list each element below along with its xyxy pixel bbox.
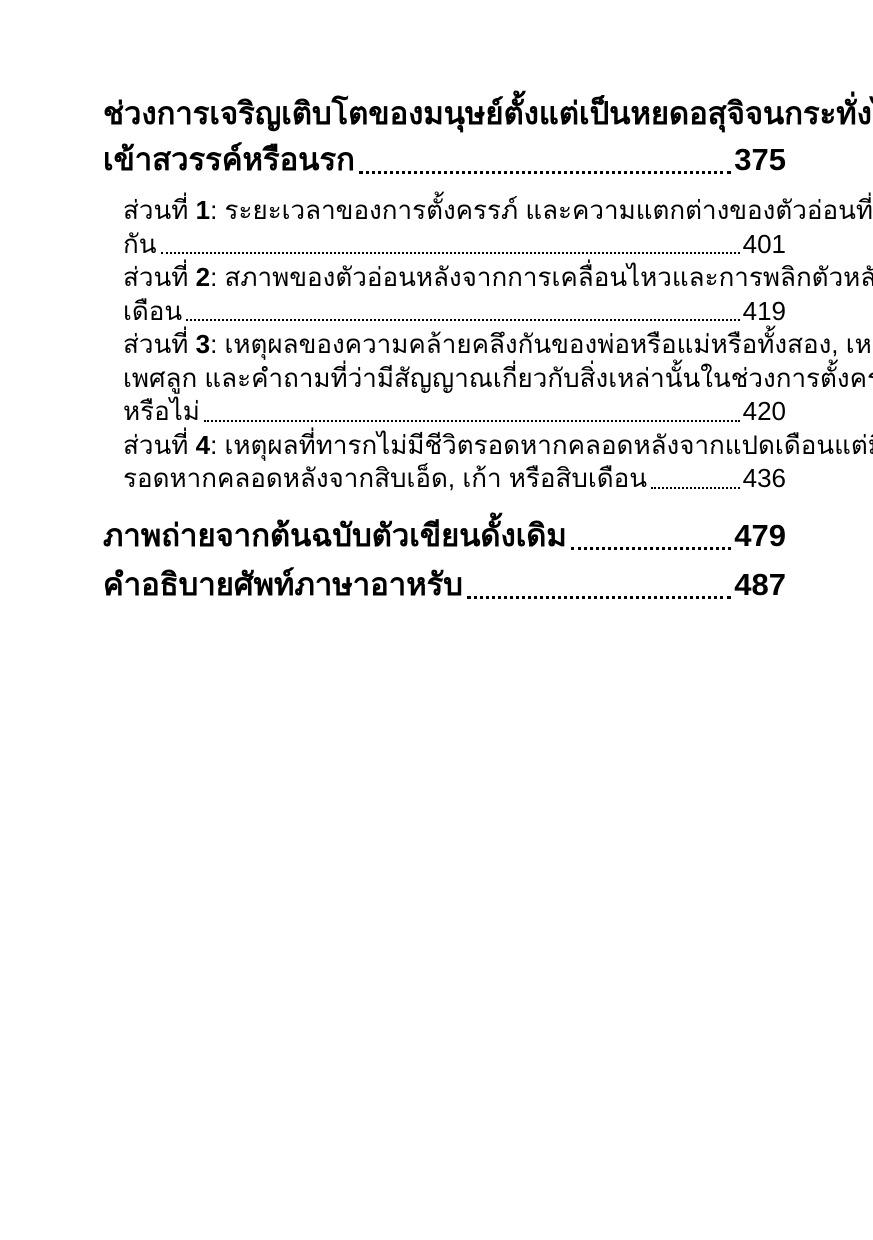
toc-entry-line: ภาพถ่ายจากต้นฉบับตัวเขียนดั้งเดิม479 <box>103 513 786 559</box>
text-segment: เพศลูก และคำถามที่ว่ามีสัญญาณเกี่ยวกับสิ… <box>123 363 873 393</box>
page-number: 436 <box>743 462 786 496</box>
text-segment: รอดหากคลอดหลังจากสิบเอ็ด, เก้า หรือสิบเด… <box>123 463 647 493</box>
toc-entry-text: เพศลูก และคำถามที่ว่ามีสัญญาณเกี่ยวกับสิ… <box>123 363 873 393</box>
text-segment: : สภาพของตัวอ่อนหลังจากการเคลื่อนไหวและก… <box>210 262 873 292</box>
toc-entry-text: ส่วนที่ 1: ระยะเวลาของการตั้งครรภ์ และคว… <box>123 195 873 225</box>
page-number: 487 <box>734 562 786 608</box>
text-segment: เดือน <box>123 296 182 326</box>
toc-entry-text: ส่วนที่ 3: เหตุผลของความคล้ายคลึงกันของพ… <box>123 329 873 359</box>
toc-entry-line: เพศลูก และคำถามที่ว่ามีสัญญาณเกี่ยวกับสิ… <box>123 362 786 396</box>
section-number: 3 <box>196 329 210 359</box>
page-number: 479 <box>734 513 786 559</box>
text-segment: ช่วงการเจริญเติบโตของมนุษย์ตั้งแต่เป็นหย… <box>103 96 873 131</box>
toc-entry-text: ส่วนที่ 2: สภาพของตัวอ่อนหลังจากการเคลื่… <box>123 262 873 292</box>
page-number: 419 <box>743 295 786 329</box>
toc-entry: ส่วนที่ 3: เหตุผลของความคล้ายคลึงกันของพ… <box>123 328 786 429</box>
text-segment: หรือไม่ <box>123 396 200 426</box>
text-segment: เข้าสวรรค์หรือนรก <box>103 142 355 177</box>
dot-leader <box>467 596 731 599</box>
text-segment: : ระยะเวลาของการตั้งครรภ์ และความแตกต่าง… <box>210 195 873 225</box>
text-segment: : เหตุผลของความคล้ายคลึงกันของพ่อหรือแม่… <box>210 329 873 359</box>
page-number: 401 <box>743 228 786 262</box>
section-number: 1 <box>196 195 210 225</box>
toc-entry-text: ช่วงการเจริญเติบโตของมนุษย์ตั้งแต่เป็นหย… <box>103 96 873 131</box>
dot-leader <box>204 420 740 422</box>
toc-entry: ส่วนที่ 2: สภาพของตัวอ่อนหลังจากการเคลื่… <box>123 261 786 328</box>
text-segment: ส่วนที่ <box>123 430 196 460</box>
toc-entry-text: ส่วนที่ 4: เหตุผลที่ทารกไม่มีชีวิตรอดหาก… <box>123 430 873 460</box>
text-segment: ส่วนที่ <box>123 329 196 359</box>
text-segment: : เหตุผลที่ทารกไม่มีชีวิตรอดหากคลอดหลังจ… <box>210 430 873 460</box>
table-of-contents: ช่วงการเจริญเติบโตของมนุษย์ตั้งแต่เป็นหย… <box>0 0 873 608</box>
document-page: ช่วงการเจริญเติบโตของมนุษย์ตั้งแต่เป็นหย… <box>0 0 873 1240</box>
toc-entry-text: เข้าสวรรค์หรือนรก <box>103 137 355 183</box>
toc-entry-line: หรือไม่420 <box>123 395 786 429</box>
toc-entry-line: ส่วนที่ 4: เหตุผลที่ทารกไม่มีชีวิตรอดหาก… <box>123 429 786 463</box>
toc-entry-line: ส่วนที่ 1: ระยะเวลาของการตั้งครรภ์ และคว… <box>123 194 786 228</box>
toc-entry-text: เดือน <box>123 295 182 329</box>
toc-entry-text: หรือไม่ <box>123 395 200 429</box>
toc-entry-text: คำอธิบายศัพท์ภาษาอาหรับ <box>103 562 463 608</box>
section-number: 4 <box>196 430 210 460</box>
toc-entry: ส่วนที่ 1: ระยะเวลาของการตั้งครรภ์ และคว… <box>123 194 786 261</box>
text-segment: กัน <box>123 229 157 259</box>
toc-entry-line: ช่วงการเจริญเติบโตของมนุษย์ตั้งแต่เป็นหย… <box>103 91 786 137</box>
dot-leader <box>161 252 740 254</box>
page-number: 375 <box>734 137 786 183</box>
toc-entry: คำอธิบายศัพท์ภาษาอาหรับ487 <box>103 562 786 608</box>
toc-entry: ภาพถ่ายจากต้นฉบับตัวเขียนดั้งเดิม479 <box>103 513 786 559</box>
dot-leader <box>186 319 739 321</box>
dot-leader <box>571 547 731 550</box>
dot-leader <box>651 487 740 489</box>
toc-entry-line: ส่วนที่ 2: สภาพของตัวอ่อนหลังจากการเคลื่… <box>123 261 786 295</box>
text-segment: คำอธิบายศัพท์ภาษาอาหรับ <box>103 567 463 602</box>
toc-entry-text: รอดหากคลอดหลังจากสิบเอ็ด, เก้า หรือสิบเด… <box>123 462 647 496</box>
toc-entry-line: รอดหากคลอดหลังจากสิบเอ็ด, เก้า หรือสิบเด… <box>123 462 786 496</box>
toc-entry-text: ภาพถ่ายจากต้นฉบับตัวเขียนดั้งเดิม <box>103 513 567 559</box>
text-segment: ส่วนที่ <box>123 262 196 292</box>
toc-entry-line: คำอธิบายศัพท์ภาษาอาหรับ487 <box>103 562 786 608</box>
dot-leader <box>359 171 731 174</box>
toc-entry-line: กัน401 <box>123 228 786 262</box>
toc-entry: ช่วงการเจริญเติบโตของมนุษย์ตั้งแต่เป็นหย… <box>103 91 786 183</box>
toc-entry-text: กัน <box>123 228 157 262</box>
toc-entry-line: เดือน419 <box>123 295 786 329</box>
text-segment: ส่วนที่ <box>123 195 196 225</box>
toc-entry-line: เข้าสวรรค์หรือนรก375 <box>103 137 786 183</box>
toc-entry: ส่วนที่ 4: เหตุผลที่ทารกไม่มีชีวิตรอดหาก… <box>123 429 786 496</box>
section-number: 2 <box>196 262 210 292</box>
text-segment: ภาพถ่ายจากต้นฉบับตัวเขียนดั้งเดิม <box>103 518 567 553</box>
toc-entry-line: ส่วนที่ 3: เหตุผลของความคล้ายคลึงกันของพ… <box>123 328 786 362</box>
page-number: 420 <box>743 395 786 429</box>
